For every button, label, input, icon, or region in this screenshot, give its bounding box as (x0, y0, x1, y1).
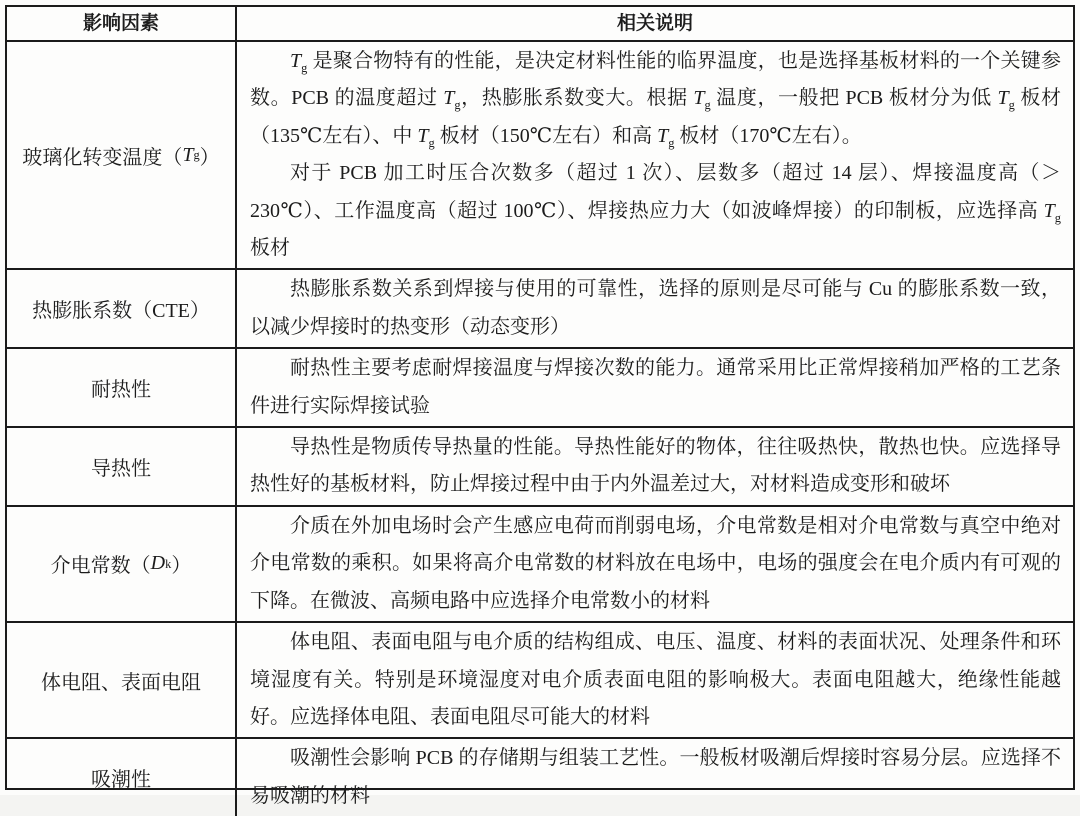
factors-table: 影响因素 相关说明 玻璃化转变温度（Tg）Tg 是聚合物特有的性能，是决定材料性… (5, 5, 1075, 790)
table-row: 热膨胀系数（CTE）热膨胀系数关系到焊接与使用的可靠性，选择的原则是尽可能与 C… (7, 270, 1073, 349)
description-paragraph: 导热性是物质传导热量的性能。导热性能好的物体，往往吸热快，散热也快。应选择导热性… (250, 429, 1061, 504)
description-cell: 耐热性主要考虑耐焊接温度与焊接次数的能力。通常采用比正常焊接稍加严格的工艺条件进… (237, 349, 1073, 426)
factor-cell: 耐热性 (7, 349, 237, 426)
table-row: 玻璃化转变温度（Tg）Tg 是聚合物特有的性能，是决定材料性能的临界温度，也是选… (7, 42, 1073, 270)
factor-cell: 体电阻、表面电阻 (7, 623, 237, 737)
description-paragraph: 介质在外加电场时会产生感应电荷而削弱电场，介电常数是相对介电常数与真空中绝对介电… (250, 508, 1061, 620)
description-cell: 吸潮性会影响 PCB 的存储期与组装工艺性。一般板材吸潮后焊接时容易分层。应选择… (237, 739, 1073, 816)
document-page: 影响因素 相关说明 玻璃化转变温度（Tg）Tg 是聚合物特有的性能，是决定材料性… (0, 0, 1080, 795)
description-cell: 介质在外加电场时会产生感应电荷而削弱电场，介电常数是相对介电常数与真空中绝对介电… (237, 507, 1073, 621)
description-paragraph: 对于 PCB 加工时压合次数多（超过 1 次）、层数多（超过 14 层）、焊接温… (250, 155, 1061, 267)
factor-cell: 介电常数（Dk） (7, 507, 237, 621)
table-row: 介电常数（Dk）介质在外加电场时会产生感应电荷而削弱电场，介电常数是相对介电常数… (7, 507, 1073, 623)
header-factor-cell: 影响因素 (7, 7, 237, 40)
description-cell: Tg 是聚合物特有的性能，是决定材料性能的临界温度，也是选择基板材料的一个关键参… (237, 42, 1073, 268)
factor-cell: 热膨胀系数（CTE） (7, 270, 237, 347)
table-row: 导热性导热性是物质传导热量的性能。导热性能好的物体，往往吸热快，散热也快。应选择… (7, 428, 1073, 507)
table-row: 体电阻、表面电阻体电阻、表面电阻与电介质的结构组成、电压、温度、材料的表面状况、… (7, 623, 1073, 739)
description-paragraph: 热膨胀系数关系到焊接与使用的可靠性，选择的原则是尽可能与 Cu 的膨胀系数一致，… (250, 271, 1061, 346)
description-cell: 导热性是物质传导热量的性能。导热性能好的物体，往往吸热快，散热也快。应选择导热性… (237, 428, 1073, 505)
factor-cell: 导热性 (7, 428, 237, 505)
description-cell: 热膨胀系数关系到焊接与使用的可靠性，选择的原则是尽可能与 Cu 的膨胀系数一致，… (237, 270, 1073, 347)
description-paragraph: 耐热性主要考虑耐焊接温度与焊接次数的能力。通常采用比正常焊接稍加严格的工艺条件进… (250, 350, 1061, 425)
factor-cell: 吸潮性 (7, 739, 237, 816)
description-paragraph: 体电阻、表面电阻与电介质的结构组成、电压、温度、材料的表面状况、处理条件和环境湿… (250, 624, 1061, 736)
header-description-cell: 相关说明 (237, 7, 1073, 40)
description-paragraph: Tg 是聚合物特有的性能，是决定材料性能的临界温度，也是选择基板材料的一个关键参… (250, 43, 1061, 155)
factor-cell: 玻璃化转变温度（Tg） (7, 42, 237, 268)
table-header-row: 影响因素 相关说明 (7, 7, 1073, 42)
table-row: 吸潮性吸潮性会影响 PCB 的存储期与组装工艺性。一般板材吸潮后焊接时容易分层。… (7, 739, 1073, 816)
table-row: 耐热性耐热性主要考虑耐焊接温度与焊接次数的能力。通常采用比正常焊接稍加严格的工艺… (7, 349, 1073, 428)
description-cell: 体电阻、表面电阻与电介质的结构组成、电压、温度、材料的表面状况、处理条件和环境湿… (237, 623, 1073, 737)
description-paragraph: 吸潮性会影响 PCB 的存储期与组装工艺性。一般板材吸潮后焊接时容易分层。应选择… (250, 740, 1061, 815)
